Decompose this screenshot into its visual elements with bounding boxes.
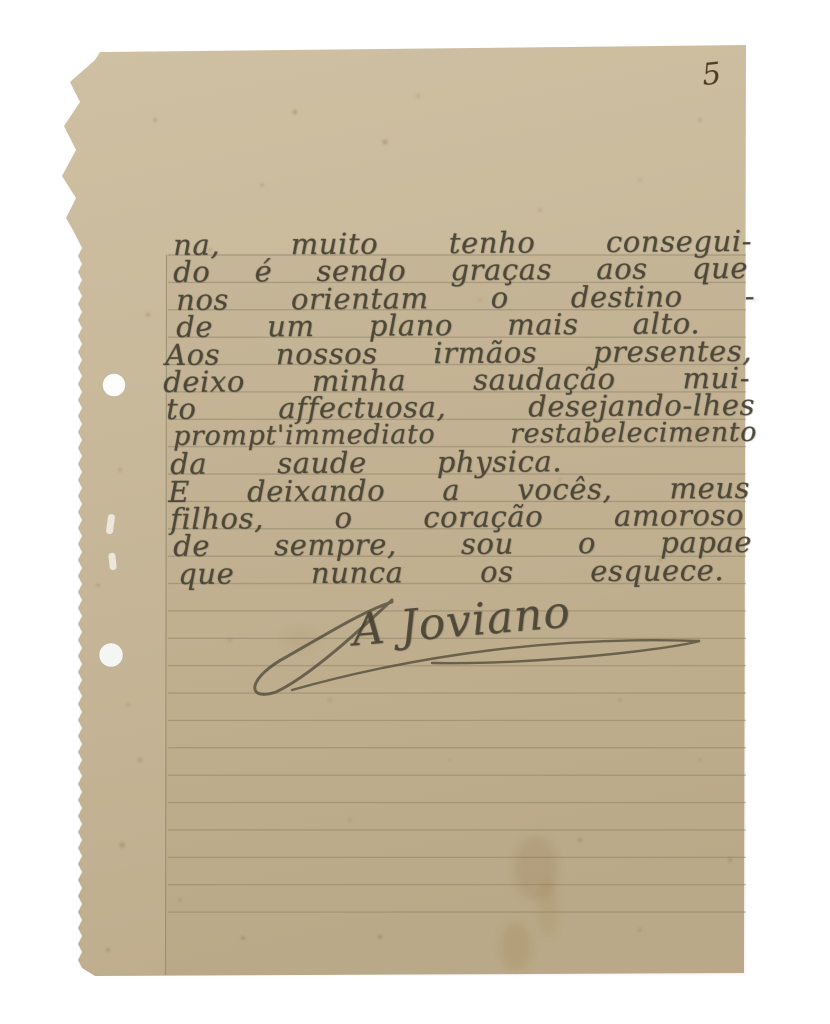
punch-hole-bottom [99, 643, 123, 667]
paper-sheet [0, 0, 830, 1024]
scanned-letter-page: 5 na, muito tenho consegui- do é sendo g… [0, 0, 830, 1024]
punch-hole-top [103, 374, 126, 397]
ruled-lines [167, 241, 747, 925]
page-number: 5 [700, 54, 743, 93]
